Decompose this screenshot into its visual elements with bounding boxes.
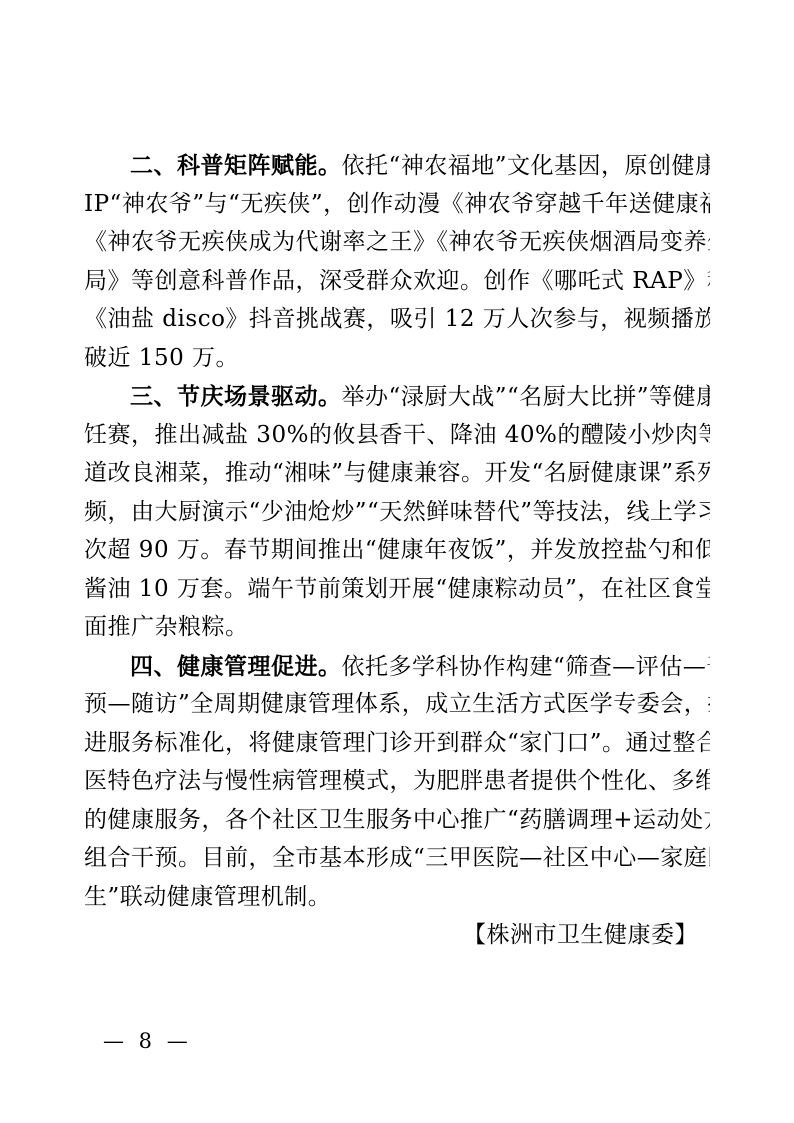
paragraph-section-4: 四、健康管理促进。依托多学科协作构建“筛查—评估—干 预—随访”全周期健康管理体… [84,647,710,917]
line-text: 次超 90 万。春节期间推出“健康年夜饭”，并发放控盐勺和低钠 [84,531,710,570]
line-text: 生”联动健康管理机制。 [84,878,710,917]
paragraph-first-line: 四、健康管理促进。依托多学科协作构建“筛查—评估—干 [84,647,710,686]
section-heading: 四、健康管理促进。 [130,653,342,679]
line-text: IP“神农爷”与“无疾侠”，创作动漫《神农爷穿越千年送健康福利》 [84,185,710,224]
section-heading: 二、科普矩阵赋能。 [130,152,342,178]
page-content: 二、科普矩阵赋能。依托“神农福地”文化基因，原创健康 IP“神农爷”与“无疾侠”… [84,146,710,955]
paragraph-first-line: 二、科普矩阵赋能。依托“神农福地”文化基因，原创健康 [84,146,710,185]
line-text: 酱油 10 万套。端午节前策划开展“健康粽动员”，在社区食堂全 [84,570,710,609]
attribution: 【株洲市卫生健康委】 [84,916,710,955]
paragraph-first-line: 三、节庆场景驱动。举办“渌厨大战”“名厨大比拼”等健康烹 [84,377,710,416]
line-text: 破近 150 万。 [84,339,710,378]
line-text: 医特色疗法与慢性病管理模式，为肥胖患者提供个性化、多维度 [84,762,710,801]
line-text: 频，由大厨演示“少油炝炒”“天然鲜味替代”等技法，线上学习人 [84,493,710,532]
line-text: 组合干预。目前，全市基本形成“三甲医院—社区中心—家庭医 [84,839,710,878]
line-text: 举办“渌厨大战”“名厨大比拼”等健康烹 [342,384,711,410]
line-text: 局》等创意科普作品，深受群众欢迎。创作《哪吒式 RAP》和 [84,262,710,301]
line-text: 《神农爷无疾侠成为代谢率之王》《神农爷无疾侠烟酒局变养生 [84,223,710,262]
line-text: 预—随访”全周期健康管理体系，成立生活方式医学专委会，推 [84,685,710,724]
line-text: 的健康服务，各个社区卫生服务中心推广“药膳调理+运动处方” [84,801,710,840]
line-text: 面推广杂粮粽。 [84,608,710,647]
paragraph-section-2: 二、科普矩阵赋能。依托“神农福地”文化基因，原创健康 IP“神农爷”与“无疾侠”… [84,146,710,377]
line-text: 《油盐 disco》抖音挑战赛，吸引 12 万人次参与，视频播放量突 [84,300,710,339]
section-heading: 三、节庆场景驱动。 [130,383,342,409]
line-text: 饪赛，推出减盐 30%的攸县香干、降油 40%的醴陵小炒肉等 10 [84,416,710,455]
page-number: — 8 — [103,1022,192,1060]
line-text: 依托多学科协作构建“筛查—评估—干 [342,654,711,680]
document-page: 二、科普矩阵赋能。依托“神农福地”文化基因，原创健康 IP“神农爷”与“无疾侠”… [0,0,794,1123]
line-text: 依托“神农福地”文化基因，原创健康 [342,153,711,179]
line-text: 进服务标准化，将健康管理门诊开到群众“家门口”。通过整合中 [84,724,710,763]
paragraph-section-3: 三、节庆场景驱动。举办“渌厨大战”“名厨大比拼”等健康烹 饪赛，推出减盐 30%… [84,377,710,647]
line-text: 道改良湘菜，推动“湘味”与健康兼容。开发“名厨健康课”系列视 [84,454,710,493]
